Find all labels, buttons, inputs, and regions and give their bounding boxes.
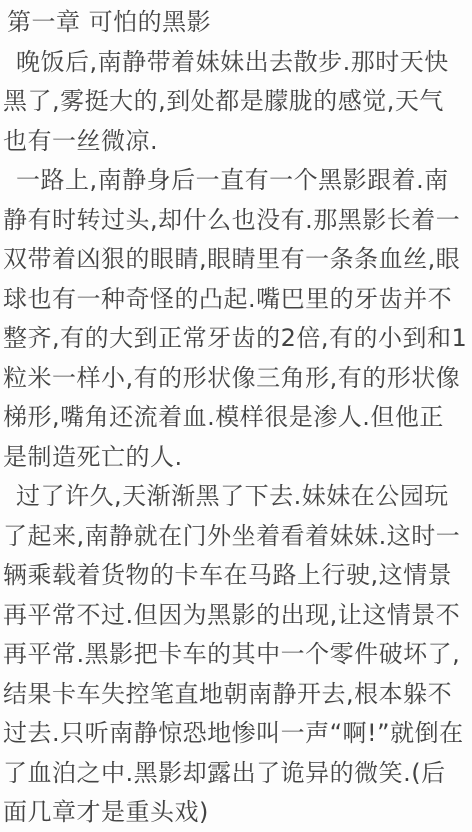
paragraph-3: 过了许久,天渐渐黑了下去.妹妹在公园玩了起来,南静就在门外坐着看着妹妹.这时一辆… [3,477,468,832]
chapter-title: 第一章 可怕的黑影 [3,3,468,43]
paragraph-2: 一路上,南静身后一直有一个黑影跟着.南静有时转过头,却什么也没有.那黑影长着一双… [3,161,468,477]
story-page: 第一章 可怕的黑影 晚饭后,南静带着妹妹出去散步.那时天快黑了,雾挺大的,到处都… [0,0,472,832]
paragraph-1: 晚饭后,南静带着妹妹出去散步.那时天快黑了,雾挺大的,到处都是朦胧的感觉,天气也… [3,43,468,162]
